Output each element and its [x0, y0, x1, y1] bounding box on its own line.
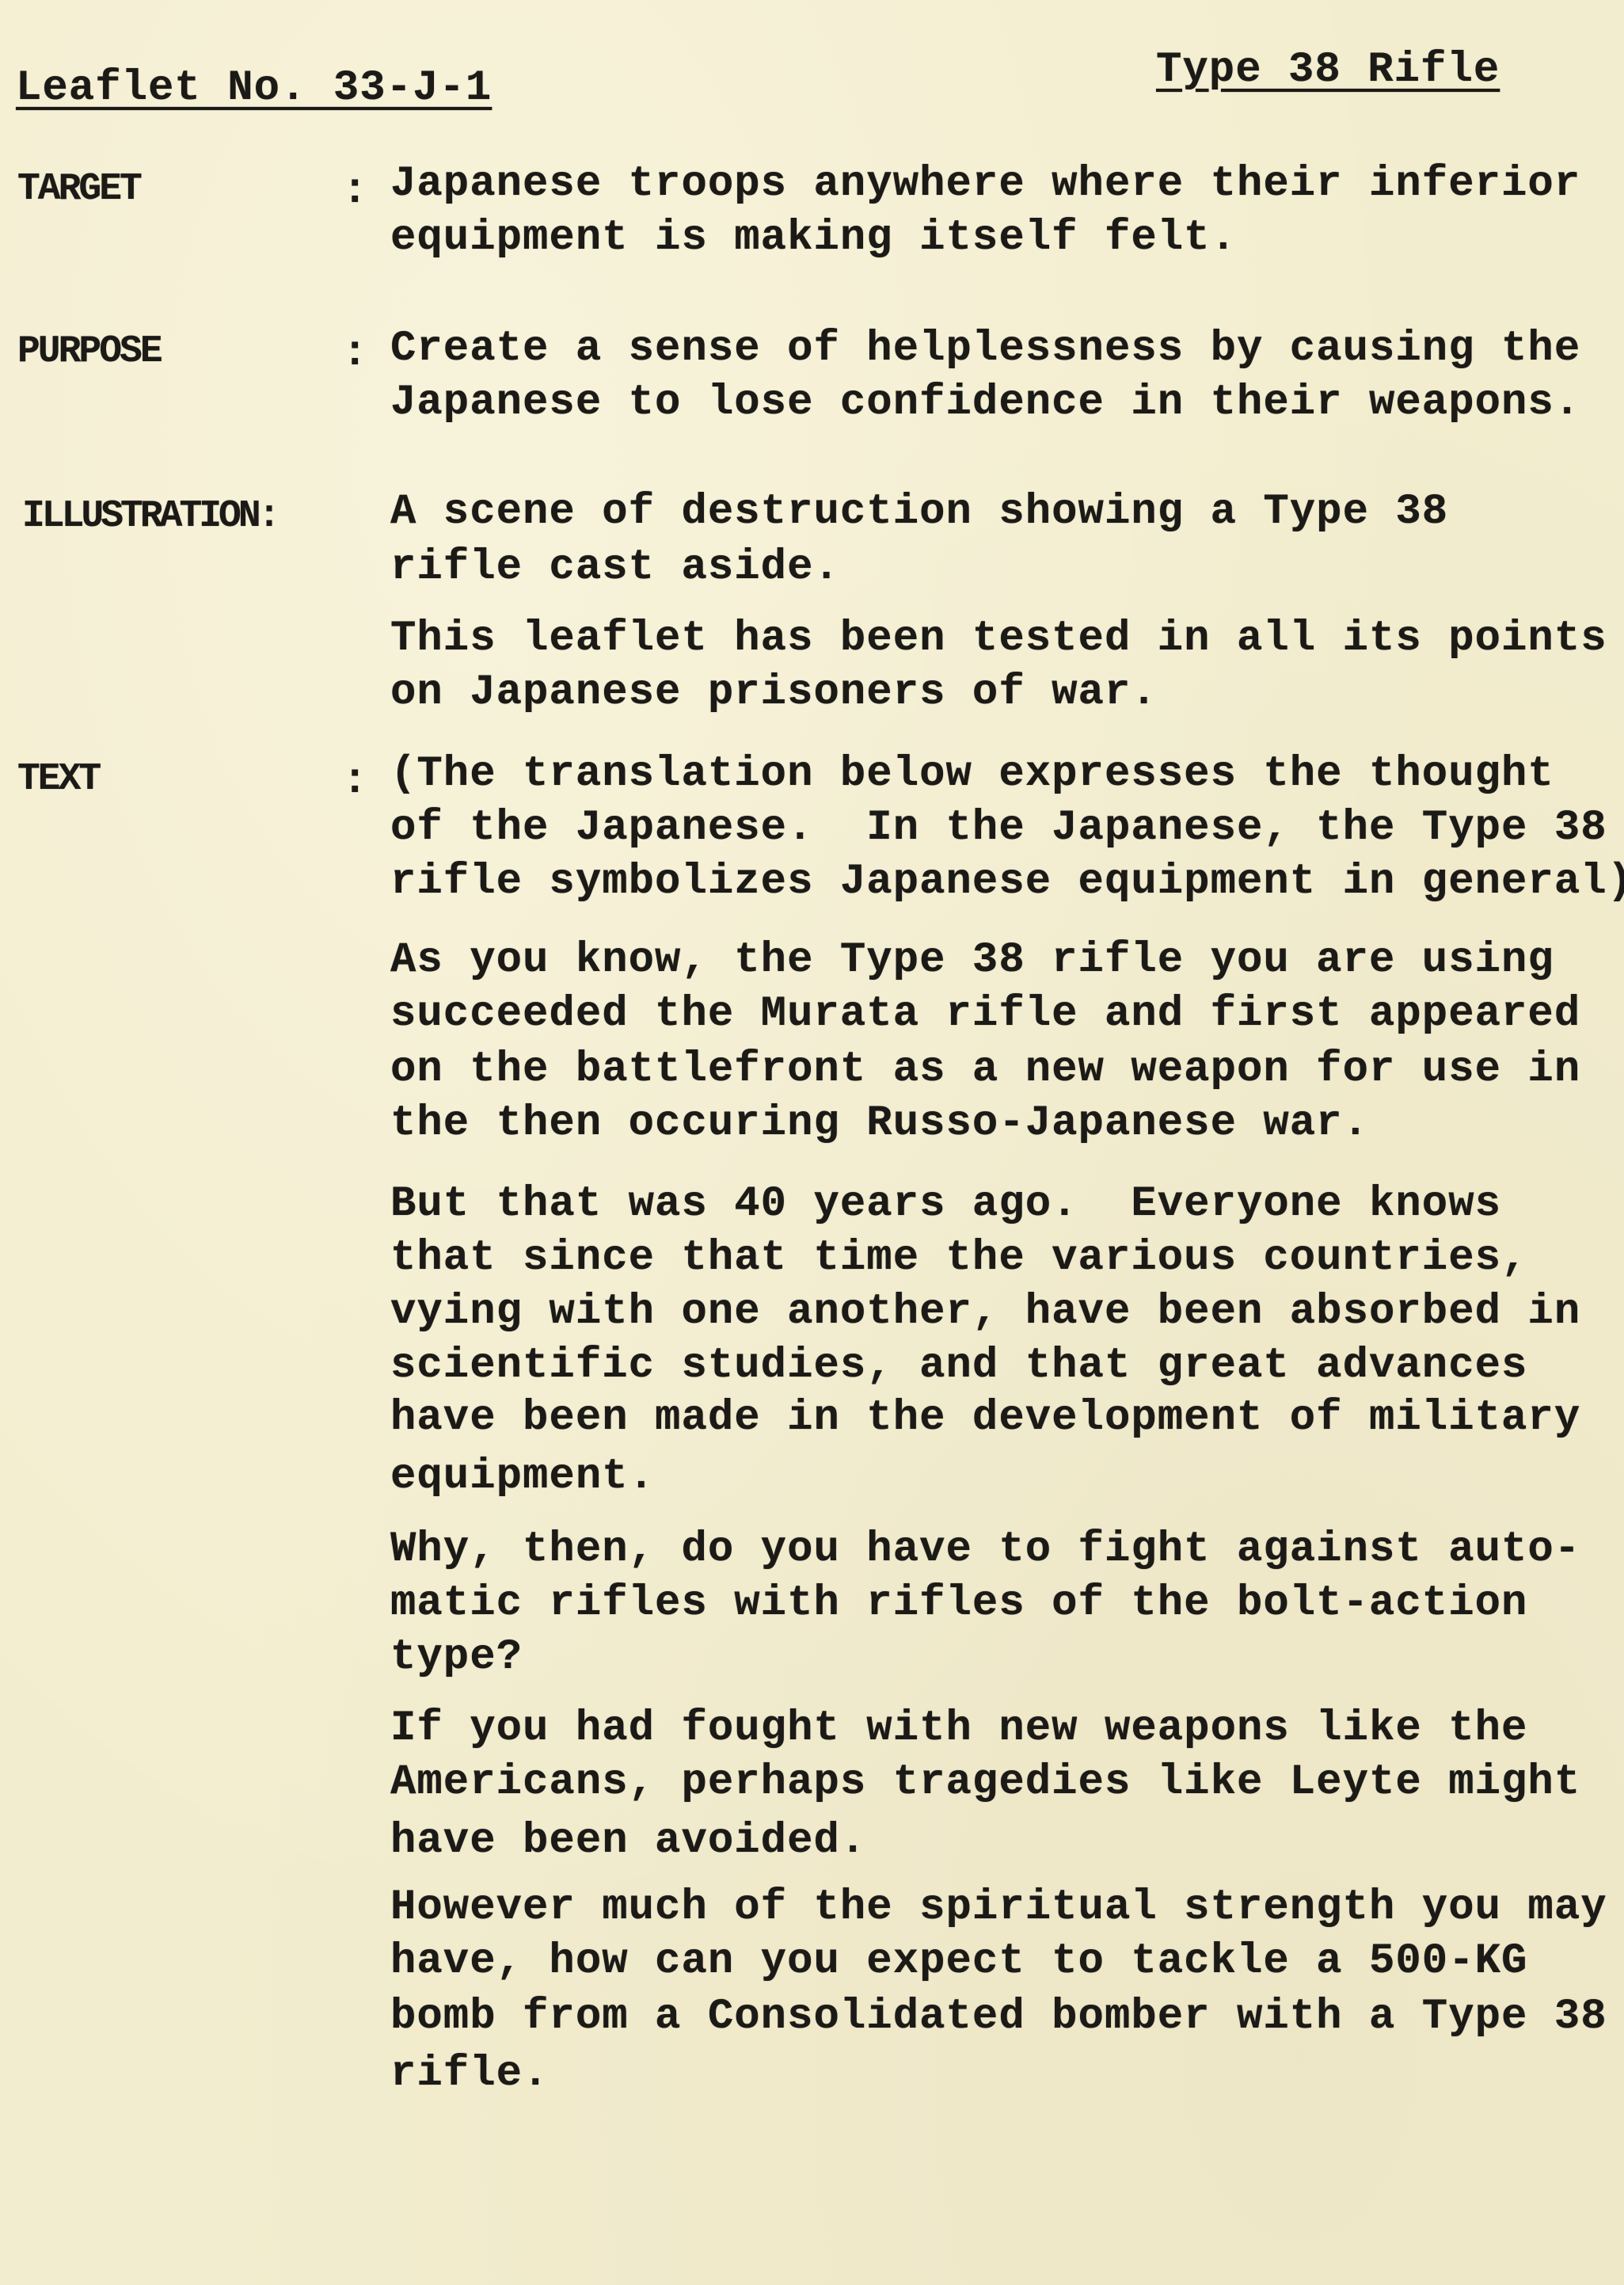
purpose-separator: :: [342, 333, 368, 375]
leaflet-title: Type 38 Rifle: [1156, 49, 1500, 92]
text-paragraph-line: have, how can you expect to tackle a 500…: [390, 1940, 1527, 1983]
text-paragraph-line: If you had fought with new weapons like …: [390, 1708, 1527, 1750]
text-paragraph-line: of the Japanese. In the Japanese, the Ty…: [390, 807, 1607, 850]
text-paragraph-line: have been avoided.: [390, 1820, 866, 1863]
text-paragraph-line: Americans, perhaps tragedies like Leyte …: [390, 1761, 1580, 1804]
text-paragraph-line: scientific studies, and that great advan…: [390, 1345, 1527, 1388]
text-paragraph-line: that since that time the various countri…: [390, 1237, 1527, 1280]
text-paragraph-line: equipment.: [390, 1456, 655, 1499]
text-paragraph-line: type?: [390, 1636, 523, 1679]
purpose-line: Create a sense of helplessness by causin…: [390, 328, 1580, 371]
text-paragraph-line: bomb from a Consolidated bomber with a T…: [390, 1996, 1607, 2039]
text-paragraph-line: have been made in the development of mil…: [390, 1397, 1580, 1440]
target-line: Japanese troops anywhere where their inf…: [390, 163, 1580, 206]
illustration-label: ILLUSTRATION:: [22, 497, 277, 535]
text-paragraph-line: on the battlefront as a new weapon for u…: [390, 1049, 1580, 1091]
text-paragraph-line: However much of the spiritual strength y…: [390, 1887, 1607, 1929]
purpose-label: PURPOSE: [17, 333, 161, 371]
illustration-note-line: on Japanese prisoners of war.: [390, 672, 1158, 714]
text-paragraph-line: (The translation below expresses the tho…: [390, 753, 1554, 796]
text-label: TEXT: [17, 760, 99, 798]
purpose-line: Japanese to lose confidence in their wea…: [390, 382, 1580, 425]
target-separator: :: [342, 170, 368, 213]
text-paragraph-line: succeeded the Murata rifle and first app…: [390, 993, 1580, 1036]
text-paragraph-line: Why, then, do you have to fight against …: [390, 1529, 1580, 1571]
illustration-line: rifle cast aside.: [390, 546, 840, 589]
illustration-note-line: This leaflet has been tested in all its …: [390, 618, 1607, 661]
text-paragraph-line: the then occuring Russo-Japanese war.: [390, 1103, 1369, 1145]
text-paragraph-line: vying with one another, have been absorb…: [390, 1291, 1580, 1334]
text-paragraph-line: As you know, the Type 38 rifle you are u…: [390, 939, 1554, 982]
target-label: TARGET: [17, 170, 140, 208]
illustration-line: A scene of destruction showing a Type 38: [390, 491, 1448, 534]
text-paragraph-line: matic rifles with rifles of the bolt-act…: [390, 1582, 1527, 1625]
text-paragraph-line: rifle symbolizes Japanese equipment in g…: [390, 861, 1624, 904]
target-line: equipment is making itself felt.: [390, 217, 1237, 260]
text-paragraph-line: rifle.: [390, 2053, 549, 2096]
leaflet-number: Leaflet No. 33-J-1: [16, 67, 492, 110]
text-separator: :: [342, 760, 368, 803]
typewritten-leaflet-page: Leaflet No. 33-J-1 Type 38 Rifle TARGET …: [0, 0, 1624, 2285]
text-paragraph-line: But that was 40 years ago. Everyone know…: [390, 1183, 1501, 1226]
